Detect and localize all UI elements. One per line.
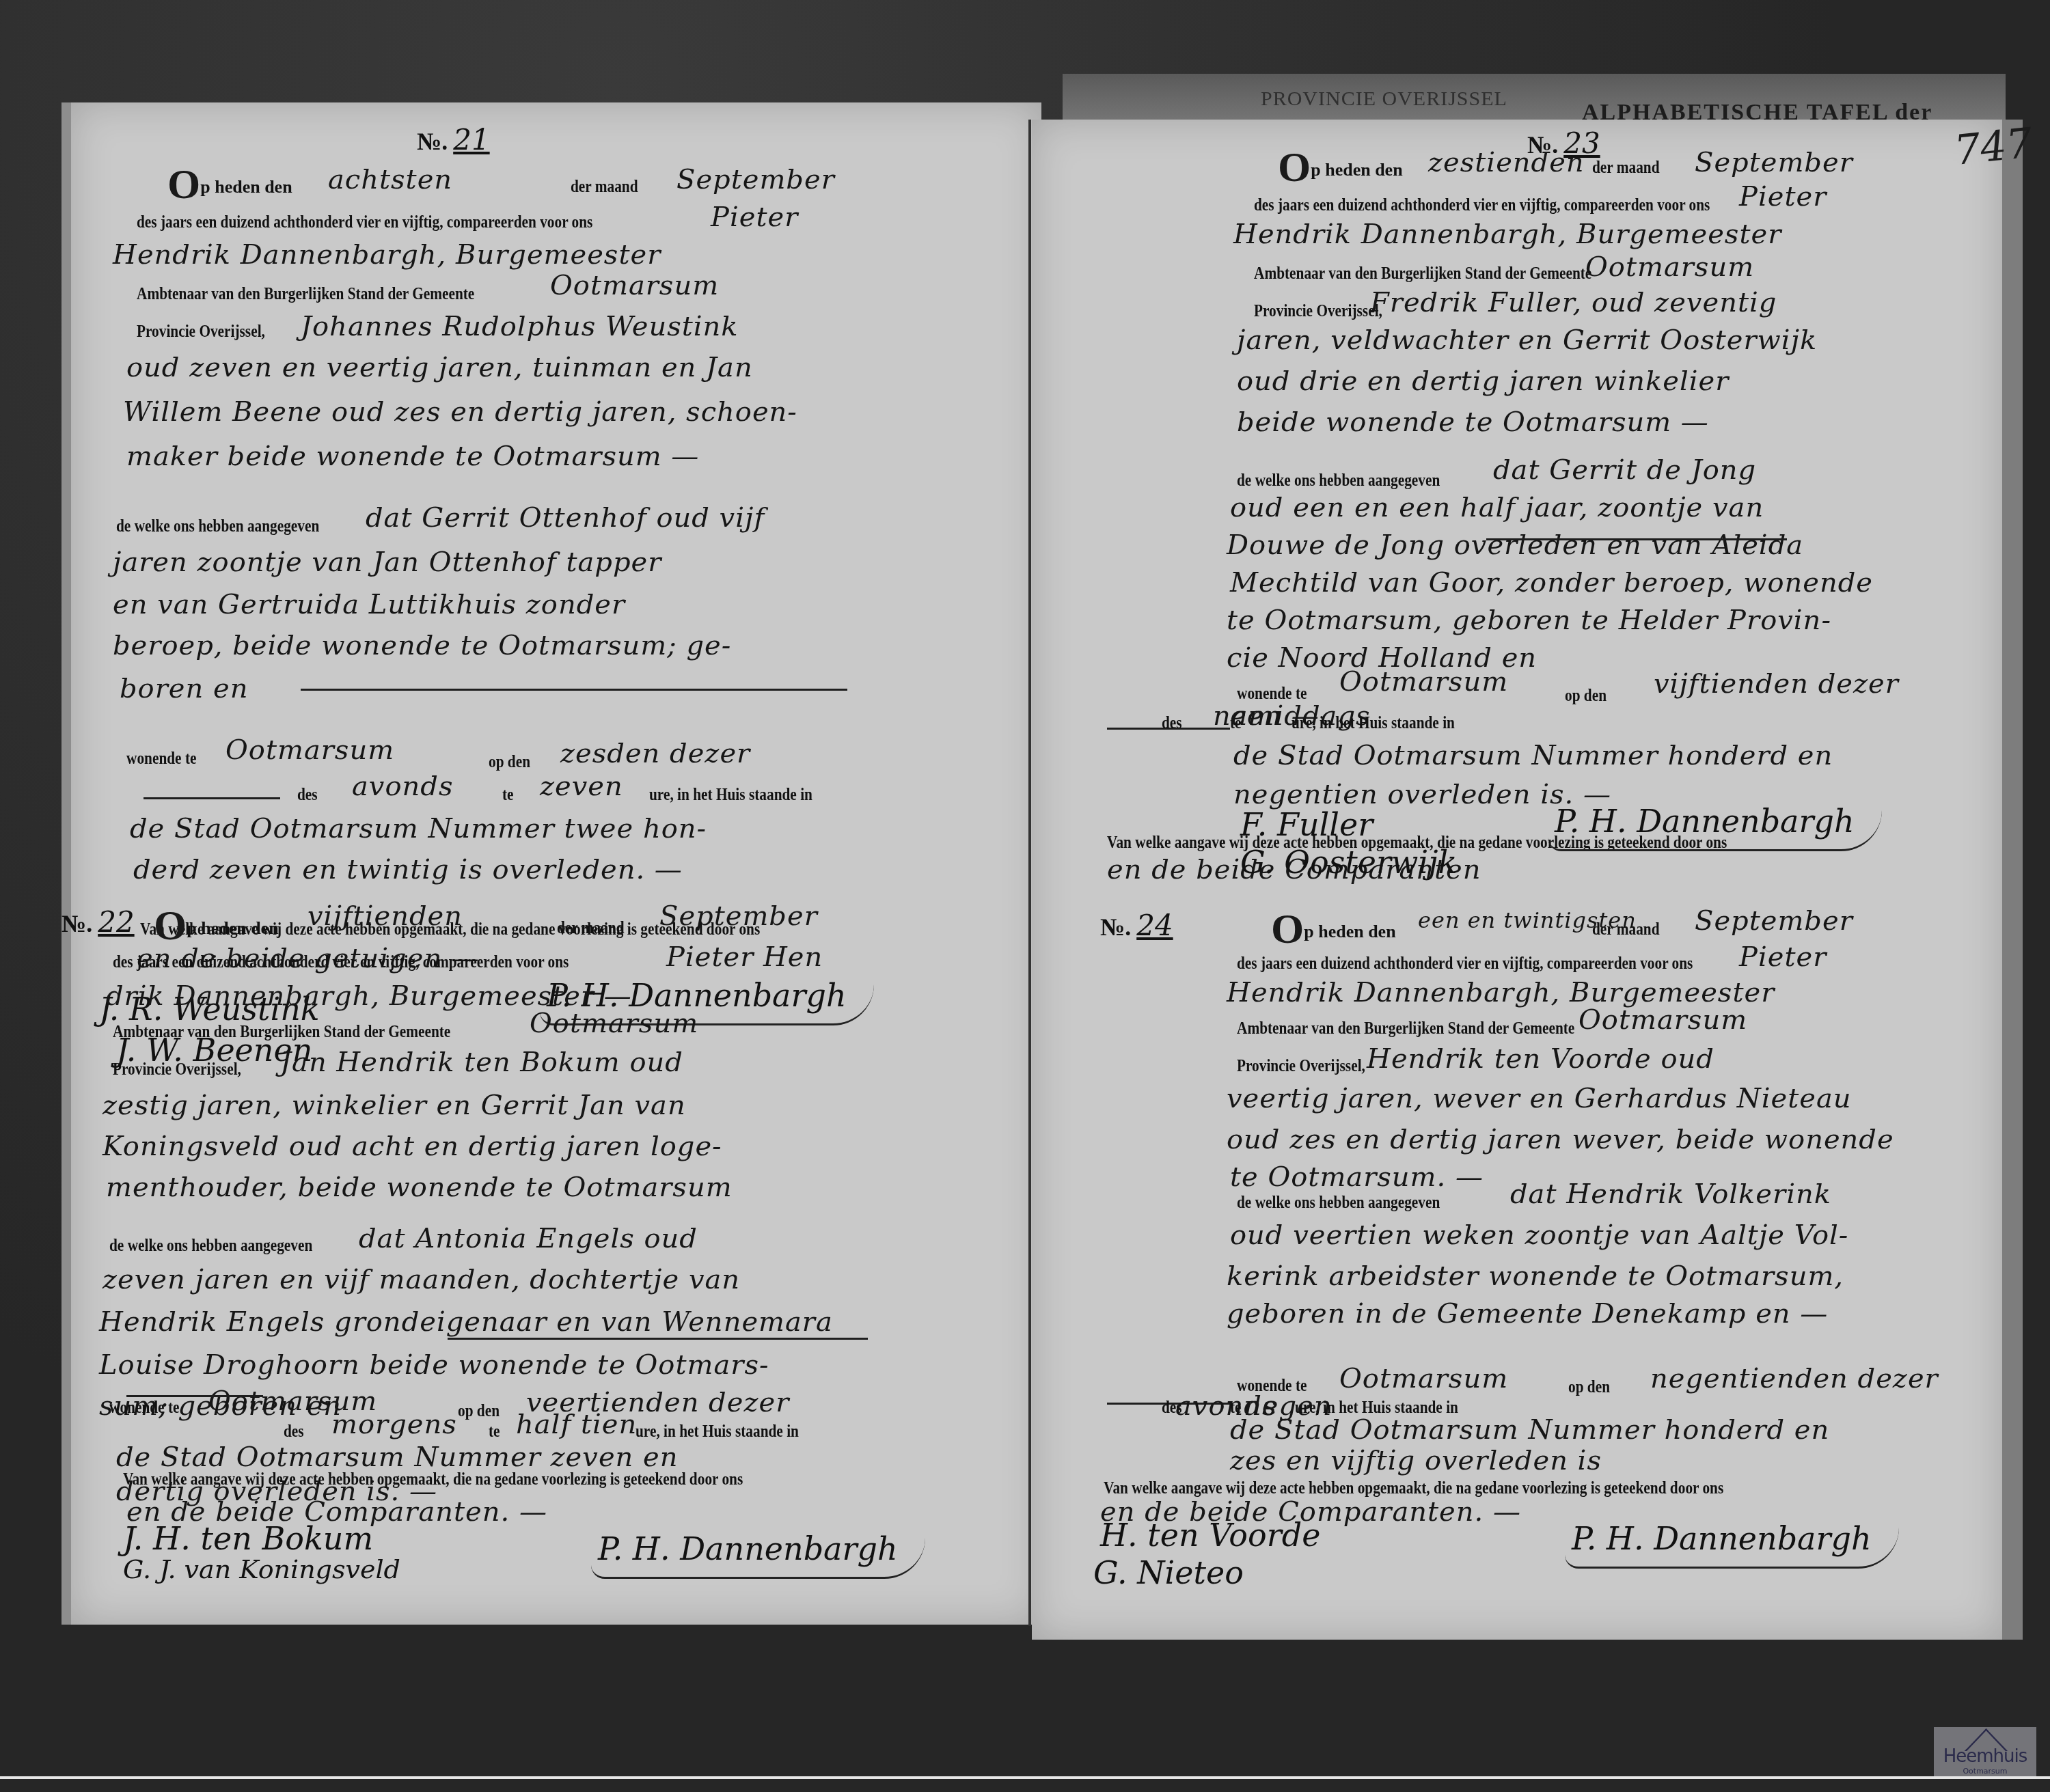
month: September (676, 164, 835, 195)
witness-signature: H. ten Voorde (1100, 1517, 1320, 1554)
witness-signature: J. H. ten Bokum (123, 1520, 373, 1557)
heemhuis-logo: Heemhuis Ootmarsum (1934, 1727, 2036, 1778)
official-signature: P. H. Dannenbargh (1565, 1520, 1899, 1569)
day: achtsten (328, 164, 452, 195)
witness-signature: G. J. van Koningsveld (123, 1554, 400, 1584)
province-stamp: PROVINCIE OVERIJSSEL (1261, 87, 1507, 111)
official-signature: P. H. Dannenbargh (1548, 803, 1882, 851)
act-number: №.22 (61, 905, 135, 939)
witness-signature: G. Oosterwijk (1240, 844, 1457, 881)
act-number: №.21 (417, 123, 490, 156)
folio-number: 747 (1952, 119, 2035, 175)
filler-line (301, 689, 847, 691)
witness-signature: G. Nieteo (1093, 1554, 1244, 1591)
act-number: №.24 (1100, 909, 1173, 942)
book-gutter (1028, 120, 1031, 1626)
scan-border-line (0, 1776, 2050, 1779)
witness-signature: F. Fuller (1240, 806, 1373, 843)
official-signature: P. H. Dannenbargh (591, 1530, 925, 1579)
